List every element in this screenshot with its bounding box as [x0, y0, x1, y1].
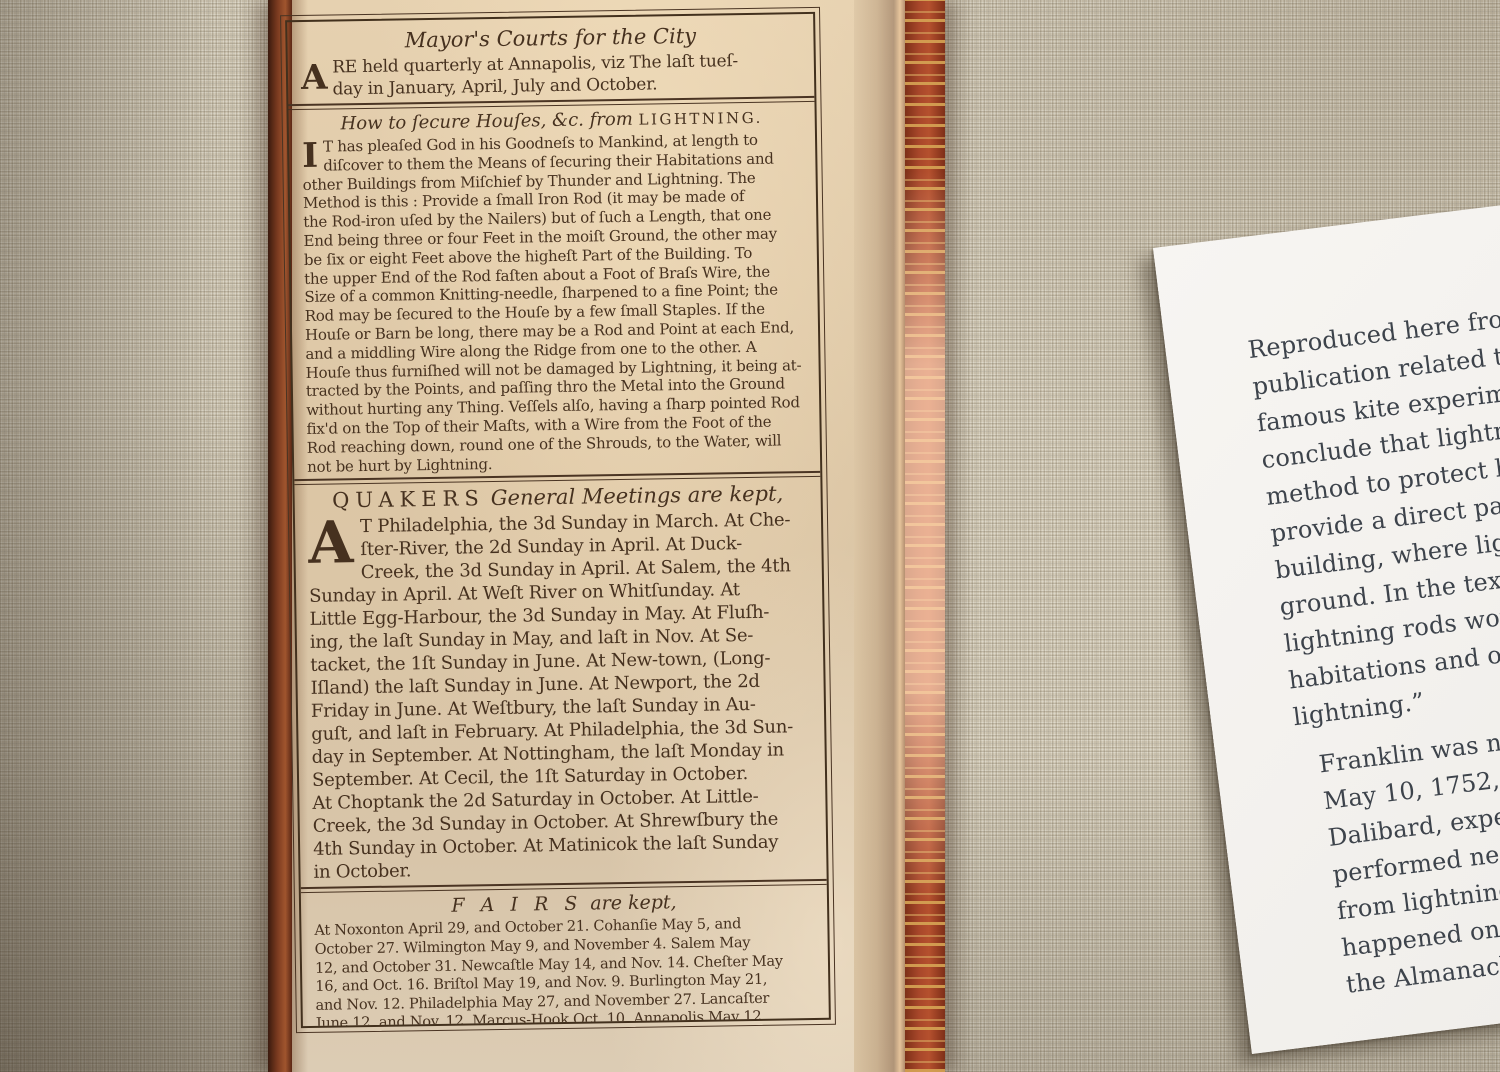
quakers-title: QUAKERSGeneral Meetings are kept,: [307, 481, 807, 513]
fairs-title-caps: F A I R S: [451, 893, 582, 917]
lightning-dropcap: I: [302, 139, 318, 173]
printed-border-box: Mayor's Courts for the City A RE held qu…: [285, 12, 831, 1028]
quakers-title-italic: General Meetings are kept,: [491, 482, 784, 511]
mayors-courts-title: Mayor's Courts for the City: [300, 22, 800, 54]
almanac-book: Mayor's Courts for the City A RE held qu…: [268, 0, 945, 1072]
exhibit-label-card: Reproduced here from the publication rel…: [1153, 190, 1500, 1054]
lightning-text: T has pleaſed God in his Goodneſs to Man…: [302, 130, 807, 476]
mayors-courts-section: Mayor's Courts for the City A RE held qu…: [300, 22, 801, 101]
mayor-dropcap: A: [301, 59, 328, 97]
quakers-dropcap: A: [308, 520, 354, 567]
lightning-title-caps: LIGHTNING.: [638, 109, 763, 129]
photo-scene: { "almanac": { "mayor": { "title": "Mayo…: [0, 0, 1500, 1072]
quakers-text: T Philadelphia, the 3d Sunday in March. …: [308, 508, 814, 884]
label-paragraph-1: Reproduced here from the publication rel…: [1246, 286, 1500, 737]
quakers-section: QUAKERSGeneral Meetings are kept, A T Ph…: [307, 481, 813, 884]
lightning-title-italic: How to ſecure Houſes, &c. from: [340, 109, 638, 135]
fairs-section: F A I R Sare kept, At Noxonton April 29,…: [314, 889, 816, 1028]
fairs-title-italic: are kept,: [590, 892, 677, 915]
mayors-courts-text: RE held quarterly at Annapolis, viz The …: [301, 49, 802, 101]
book-gilt-fore-edge: [905, 0, 945, 1072]
lightning-section: How to ſecure Houſes, &c. from LIGHTNING…: [302, 106, 808, 476]
fairs-text: At Noxonton April 29, and October 21. Co…: [314, 914, 816, 1028]
gilt-edge-shine: [905, 0, 945, 1072]
quakers-title-caps: QUAKERS: [332, 486, 485, 512]
page-fore-edge-shading: [854, 0, 905, 1072]
label-paragraph-2: Franklin was not t May 10, 1752, und Dal…: [1317, 702, 1500, 1003]
